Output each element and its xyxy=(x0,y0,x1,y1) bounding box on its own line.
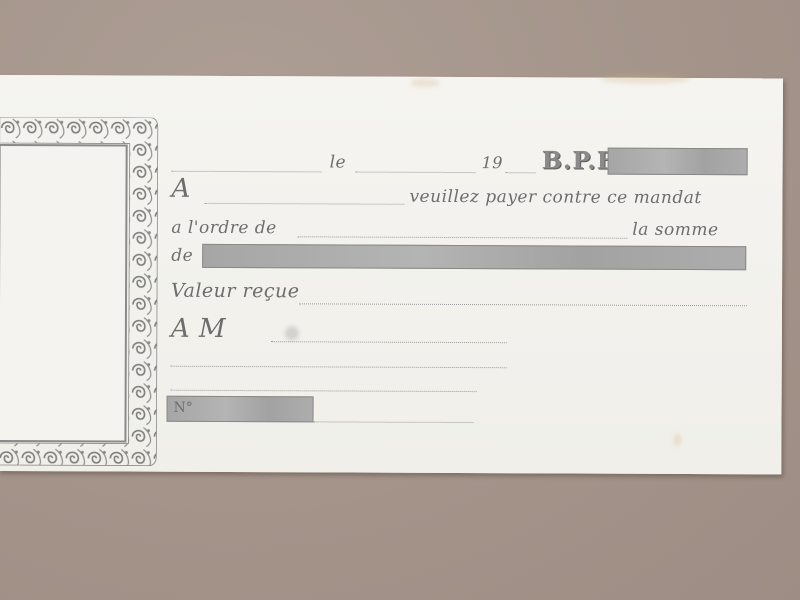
address-line-2[interactable] xyxy=(171,390,477,392)
order-line[interactable] xyxy=(297,236,627,238)
cheque-paper: le 19 B.P.F. A veuillez payer contre ce … xyxy=(0,75,783,474)
year-line[interactable] xyxy=(506,172,536,173)
paper-stain xyxy=(673,433,681,447)
date-le-label: le xyxy=(330,152,347,172)
ornate-scroll-frame-icon xyxy=(0,117,160,468)
amount-box[interactable] xyxy=(608,148,748,176)
address-line[interactable] xyxy=(171,366,507,368)
payee-line[interactable] xyxy=(204,203,404,205)
date-line[interactable] xyxy=(356,172,476,174)
value-received-label: Valeur reçue xyxy=(171,280,300,303)
value-received-line[interactable] xyxy=(299,303,747,306)
place-line[interactable] xyxy=(172,171,322,173)
year-prefix: 19 xyxy=(482,153,503,172)
order-prefix-label: a l'ordre de xyxy=(171,218,277,238)
a-prefix-label: A xyxy=(171,174,190,204)
recipient-line[interactable] xyxy=(271,341,507,343)
pay-instruction: veuillez payer contre ce mandat xyxy=(409,187,701,208)
sum-in-words-field[interactable] xyxy=(202,244,746,270)
ink-spot xyxy=(285,326,299,340)
number-label: N° xyxy=(174,400,193,416)
de-label: de xyxy=(171,246,193,266)
number-line xyxy=(313,421,473,423)
number-box[interactable]: N° xyxy=(166,396,313,423)
paper-stain xyxy=(410,79,440,87)
paper-stain xyxy=(600,74,690,84)
recipient-label: A M xyxy=(171,314,226,344)
sum-label: la somme xyxy=(632,220,718,240)
